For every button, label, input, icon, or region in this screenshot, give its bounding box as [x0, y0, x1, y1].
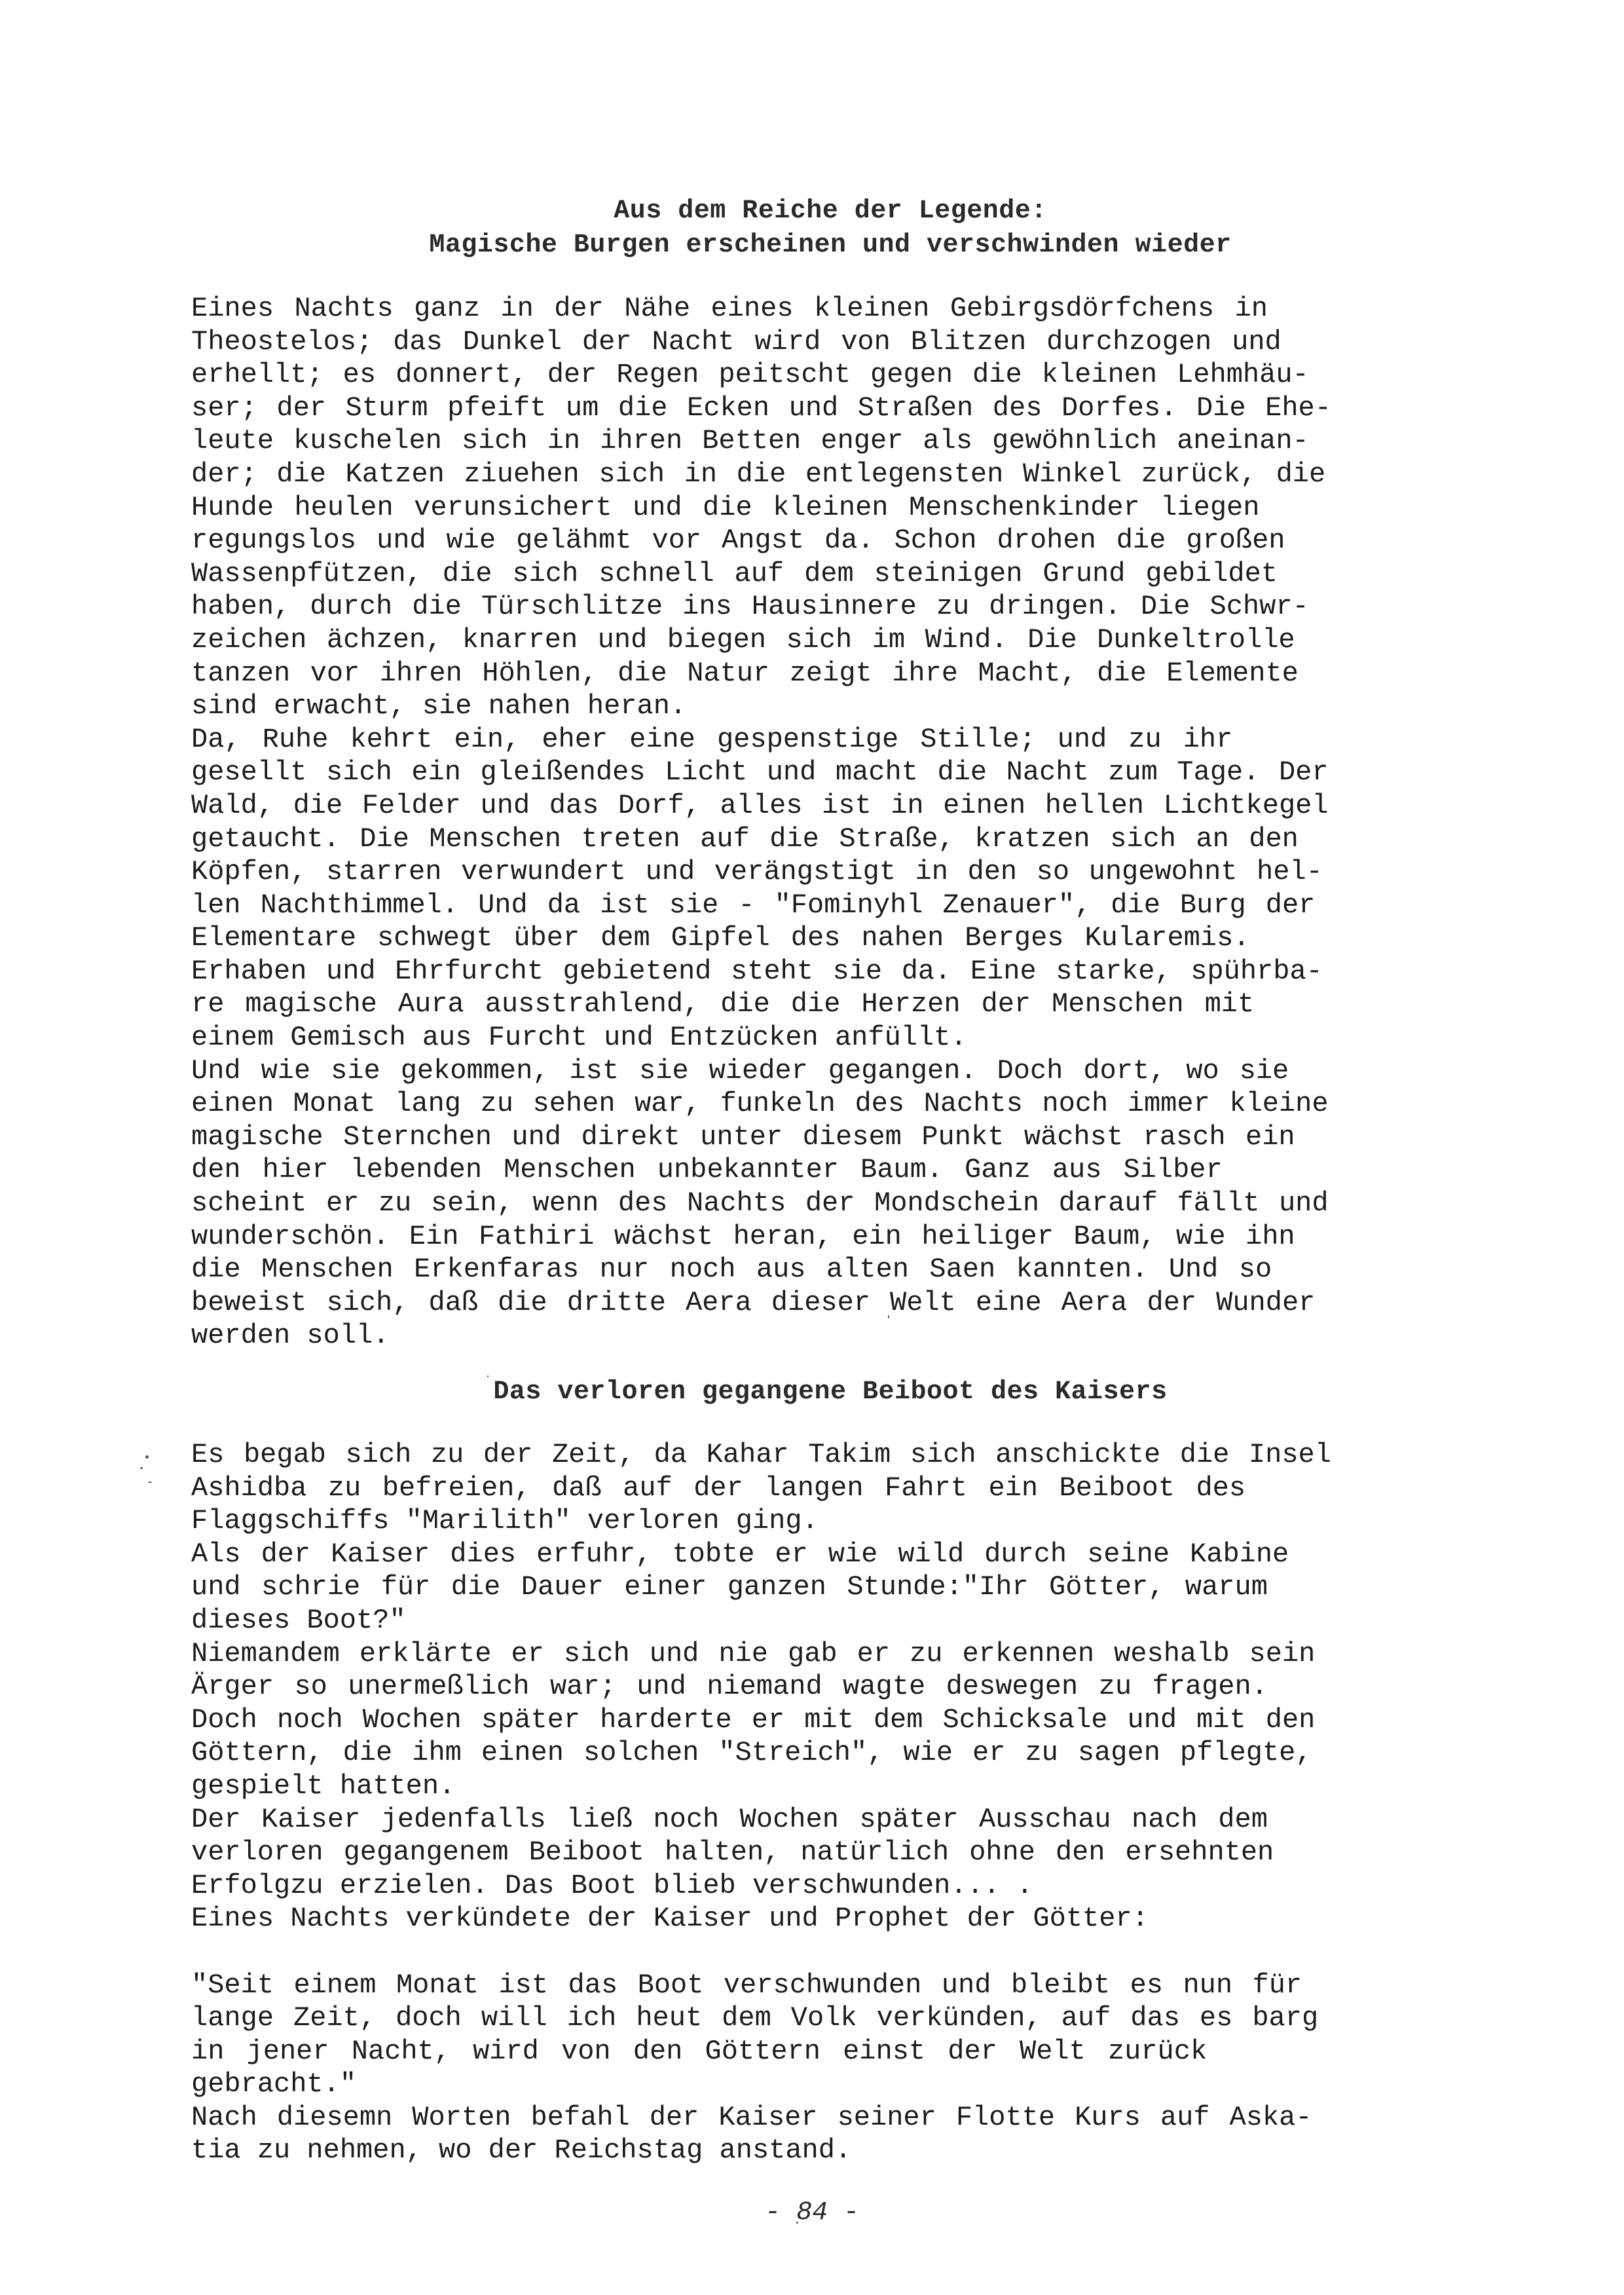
text-line: tia zu nehmen, wo der Reichstag anstand.: [191, 2134, 1488, 2167]
text-line: regungslosundwiegelähmtvorAngstda.Schond…: [191, 524, 1488, 557]
text-line: EinesNachtsganzinderNäheeineskleinenGebi…: [191, 292, 1488, 326]
text-line: Ärgersounermeßlichwar;undniemandwagtedes…: [191, 1670, 1488, 1704]
text-line: einem Gemisch aus Furcht und Entzücken a…: [191, 1021, 1488, 1054]
text-line: Wald,dieFelderunddasDorf,allesistineinen…: [191, 789, 1488, 823]
text-line: denhierlebendenMenschenunbekannterBaum.G…: [191, 1153, 1488, 1187]
text-line: ErhabenundEhrfurchtgebietendstehtsieda.E…: [191, 955, 1488, 988]
text-line: dieMenschenErkenfarasnurnochausaltenSaen…: [191, 1253, 1488, 1286]
scan-speck: [487, 1375, 489, 1377]
text-line: wunderschön.EinFathiriwächstheran,einhei…: [191, 1220, 1488, 1254]
page-number: - 84 -: [0, 2198, 1624, 2228]
text-line: remagischeAuraausstrahlend,diedieHerzend…: [191, 988, 1488, 1021]
text-line: werden soll.: [191, 1319, 1488, 1353]
text-line: EsbegabsichzuderZeit,daKaharTakimsichans…: [191, 1438, 1488, 1472]
text-line: AlsderKaiserdieserfuhr,tobteerwiewilddur…: [191, 1538, 1488, 1571]
text-line: Göttern,dieihmeinensolchen"Streich",wiee…: [191, 1736, 1488, 1770]
text-line: ElementareschwegtüberdemGipfeldesnahenBe…: [191, 922, 1488, 955]
text-line: [191, 1935, 1488, 1969]
document-page: Aus dem Reiche der Legende: Magische Bur…: [0, 0, 1624, 2295]
text-line: gespielt hatten.: [191, 1770, 1488, 1803]
section-title-line-1: Aus dem Reiche der Legende:: [18, 196, 1624, 226]
section-2-title: Das verloren gegangene Beiboot des Kaise…: [18, 1377, 1624, 1407]
text-line: getaucht.DieMenschentretenaufdieStraße,k…: [191, 823, 1488, 856]
text-line: dieses Boot?": [191, 1604, 1488, 1637]
text-line: NachdiesemnWortenbefahlderKaiserseinerFl…: [191, 2101, 1488, 2135]
text-line: Niemandemerklärteersichundniegaberzuerke…: [191, 1637, 1488, 1671]
text-line: gebracht.": [191, 2068, 1488, 2101]
text-line: sind erwacht, sie nahen heran.: [191, 690, 1488, 723]
section-2-body: EsbegabsichzuderZeit,daKaharTakimsichans…: [191, 1438, 1488, 2167]
text-line: geselltsicheingleißendesLichtundmachtdie…: [191, 756, 1488, 789]
text-line: der;dieKatzenziuehensichindieentlegenste…: [191, 458, 1488, 491]
text-line: Da,Ruhekehrtein,ehereinegespenstigeStill…: [191, 723, 1488, 756]
text-line: haben,durchdieTürschlitzeinsHausinnerezu…: [191, 590, 1488, 624]
section-1-body: EinesNachtsganzinderNäheeineskleinenGebi…: [191, 292, 1488, 1353]
text-line: Wassenpfützen,diesichschnellaufdemsteini…: [191, 557, 1488, 591]
text-line: langeZeit,dochwillichheutdemVolkverkünde…: [191, 2002, 1488, 2035]
text-line: Theostelos;dasDunkelderNachtwirdvonBlitz…: [191, 326, 1488, 359]
scan-speck: [145, 1455, 149, 1459]
text-line: undschriefürdieDauereinerganzenStunde:"I…: [191, 1571, 1488, 1604]
scan-speck: [140, 1467, 143, 1469]
scan-speck: [888, 1315, 889, 1318]
text-line: lenNachthimmel.Unddaistsie-"FominyhlZena…: [191, 889, 1488, 922]
text-line: Köpfen,starrenverwundertundverängstigtin…: [191, 855, 1488, 889]
text-line: scheinterzusein,wenndesNachtsderMondsche…: [191, 1187, 1488, 1220]
text-line: leutekuschelensichinihrenBettenengeralsg…: [191, 424, 1488, 458]
text-line: magischeSternchenunddirektunterdiesemPun…: [191, 1121, 1488, 1154]
scan-speck: [148, 1482, 152, 1483]
text-line: HundeheulenverunsichertunddiekleinenMens…: [191, 491, 1488, 525]
text-line: Undwiesiegekommen,istsiewiedergegangen.D…: [191, 1054, 1488, 1088]
text-line: zeichenächzen,knarrenundbiegensichimWind…: [191, 624, 1488, 657]
text-line: "SeiteinemMonatistdasBootverschwundenund…: [191, 1969, 1488, 2002]
text-line: einenMonatlangzusehenwar,funkelndesNacht…: [191, 1087, 1488, 1121]
text-line: DochnochWochenspäterharderteermitdemSchi…: [191, 1704, 1488, 1737]
text-line: erhellt;esdonnert,derRegenpeitschtgegend…: [191, 358, 1488, 392]
text-line: injenerNacht,wirdvondenGötterneinstderWe…: [191, 2035, 1488, 2068]
text-line: beweistsich,daßdiedritteAeradieserWeltei…: [191, 1286, 1488, 1320]
section-title-line-2: Magische Burgen erscheinen und verschwin…: [18, 231, 1624, 260]
text-line: DerKaiserjedenfallsließnochWochenspäterA…: [191, 1803, 1488, 1837]
scan-speck: [796, 2222, 798, 2224]
text-line: Flaggschiffs "Marilith" verloren ging.: [191, 1504, 1488, 1538]
text-line: verlorengegangenemBeiboothalten,natürlic…: [191, 1836, 1488, 1869]
text-line: tanzenvorihrenHöhlen,dieNaturzeigtihreMa…: [191, 657, 1488, 690]
text-line: Erfolgzu erzielen. Das Boot blieb versch…: [191, 1869, 1488, 1903]
text-line: Ashidbazubefreien,daßaufderlangenFahrtei…: [191, 1472, 1488, 1505]
text-line: ser;derSturmpfeiftumdieEckenundStraßende…: [191, 392, 1488, 425]
text-line: Eines Nachts verkündete der Kaiser und P…: [191, 1902, 1488, 1935]
